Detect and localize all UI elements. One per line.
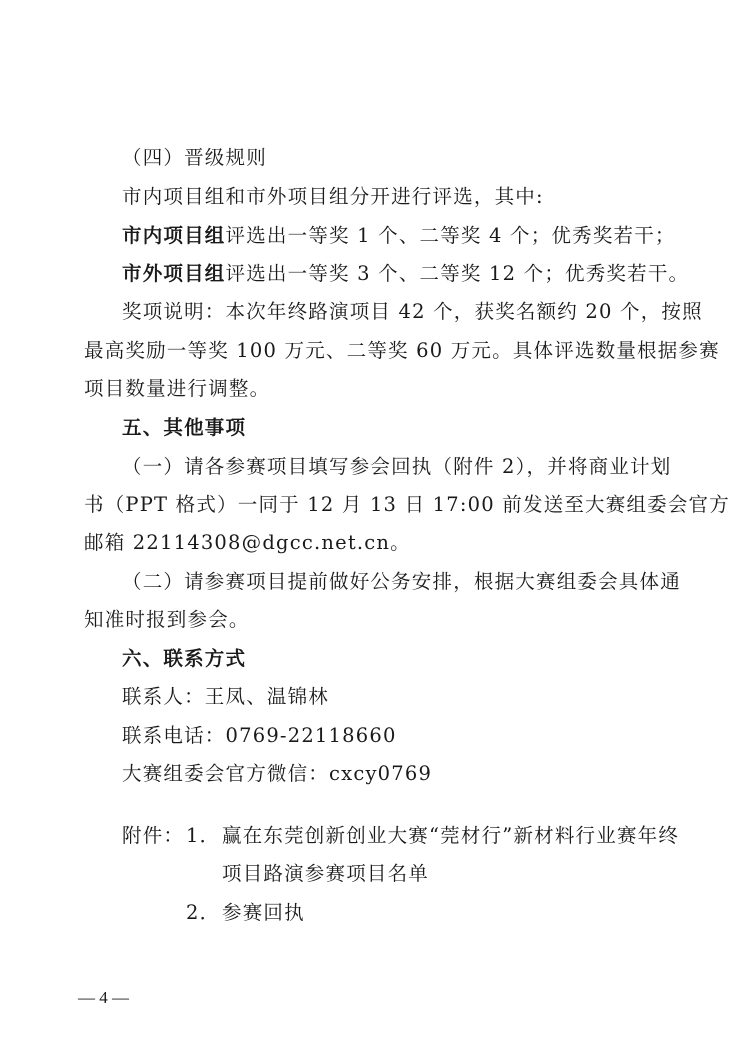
city-outer-label: 市外项目组: [122, 262, 226, 285]
item1-line-3: 邮箱 22114308@dgcc.net.cn。: [84, 531, 411, 555]
item1-line-1: （一）请各参赛项目填写参会回执（附件 2），并将商业计划: [122, 455, 671, 479]
attachment-1-line-1: 赢在东莞创新创业大赛“莞材行”新材料行业赛年终: [222, 824, 679, 848]
city-inner-rule: 市内项目组评选出一等奖 1 个、二等奖 4 个；优秀奖若干；: [122, 224, 676, 248]
item1-line-2: 书（PPT 格式）一同于 12 月 13 日 17:00 前发送至大赛组委会官方: [84, 493, 730, 517]
page-number: — 4 —: [78, 988, 129, 1008]
award-line-1: 奖项说明：本次年终路演项目 42 个，获奖名额约 20 个，按照: [122, 300, 703, 324]
attachments-label: 附件：: [122, 824, 184, 848]
attachment-1-num: 1．: [186, 824, 220, 848]
section6-heading: 六、联系方式: [122, 647, 246, 671]
contact-wechat: 大赛组委会官方微信：cxcy0769: [122, 762, 432, 786]
attachment-1-line-2: 项目路演参赛项目名单: [222, 862, 429, 886]
item2-line-1: （二）请参赛项目提前做好公务安排，根据大赛组委会具体通: [122, 570, 681, 594]
section4-heading: （四）晋级规则: [122, 146, 267, 170]
city-outer-text: 评选出一等奖 3 个、二等奖 12 个；优秀奖若干。: [226, 262, 690, 285]
city-inner-text: 评选出一等奖 1 个、二等奖 4 个；优秀奖若干；: [226, 224, 676, 247]
item2-line-2: 知准时报到参会。: [84, 608, 250, 632]
city-inner-label: 市内项目组: [122, 224, 226, 247]
award-line-2: 最高奖励一等奖 100 万元、二等奖 60 万元。具体评选数量根据参赛: [84, 339, 720, 363]
attachment-2-line-1: 参赛回执: [222, 901, 305, 925]
attachment-2-num: 2．: [186, 901, 220, 925]
award-line-3: 项目数量进行调整。: [84, 377, 270, 401]
city-outer-rule: 市外项目组评选出一等奖 3 个、二等奖 12 个；优秀奖若干。: [122, 262, 689, 286]
contact-phone: 联系电话：0769-22118660: [122, 724, 397, 748]
contact-person: 联系人：王凤、温锦林: [122, 685, 329, 709]
section4-intro: 市内项目组和市外项目组分开进行评选，其中:: [122, 185, 544, 209]
section5-heading: 五、其他事项: [122, 416, 246, 440]
